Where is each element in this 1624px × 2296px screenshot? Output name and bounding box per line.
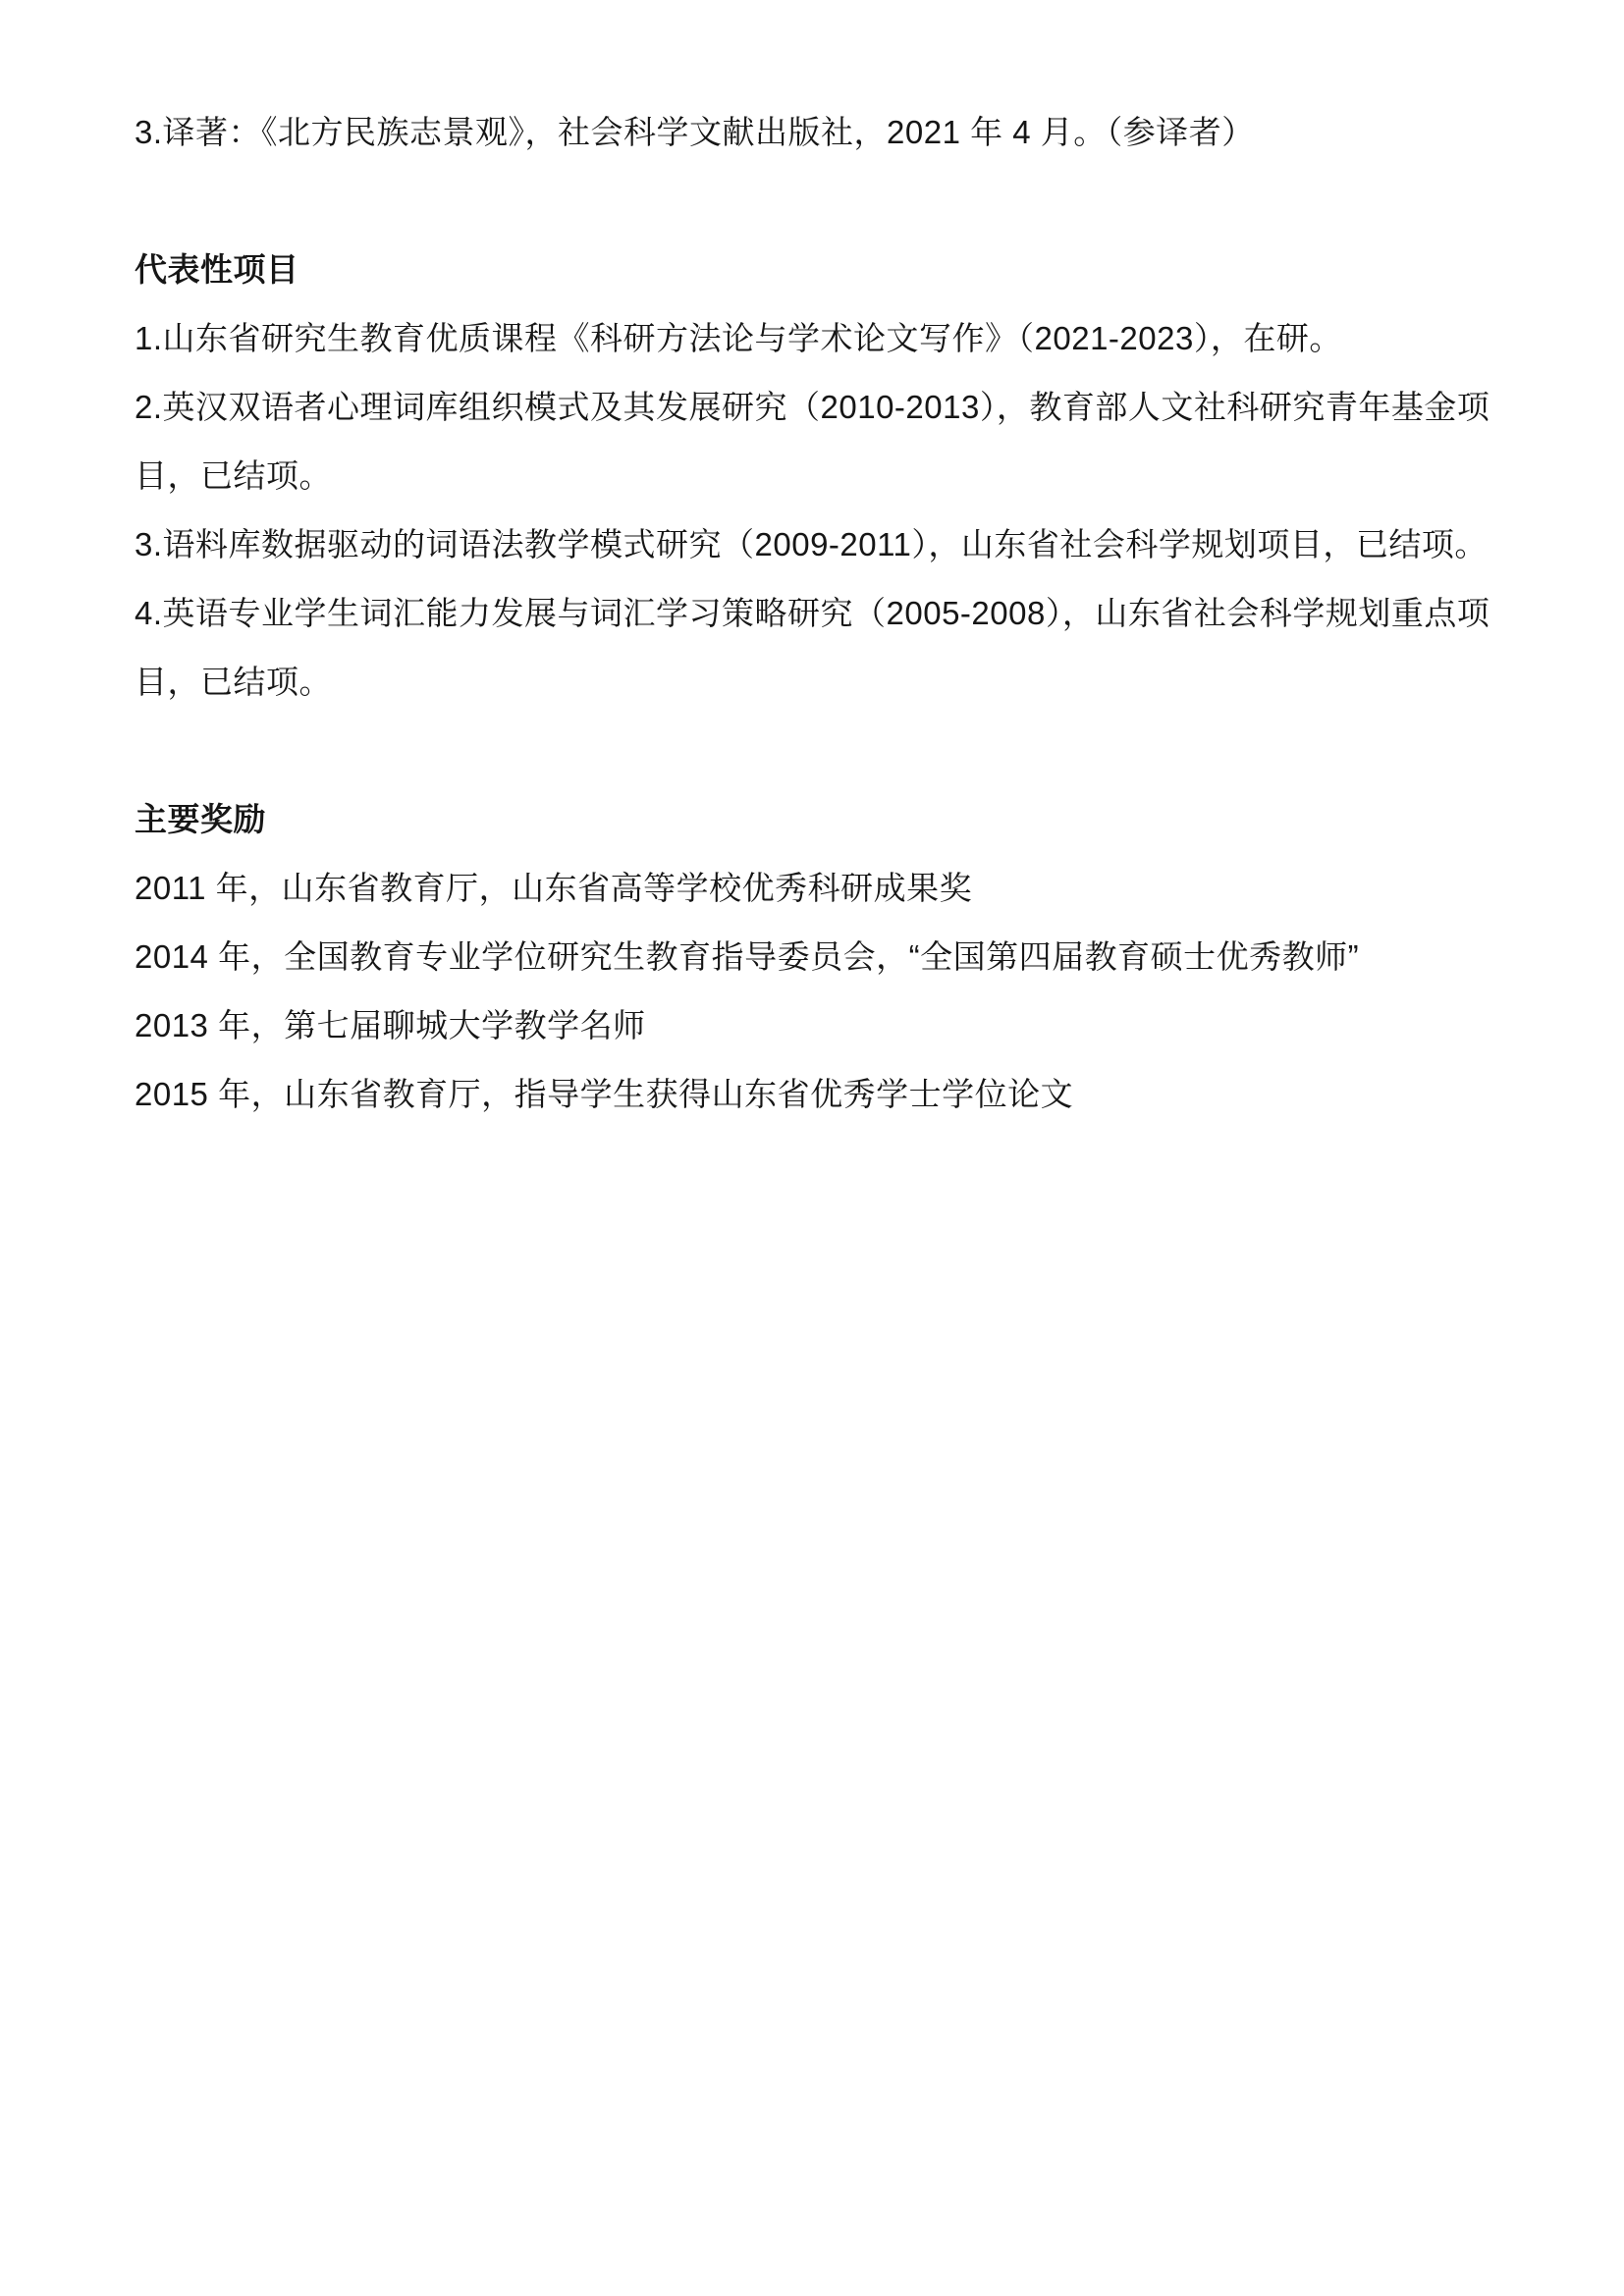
award-item-4: 2015 年，山东省教育厅，指导学生获得山东省优秀学士学位论文 [135,1060,1499,1129]
project-item-2: 2.英汉双语者心理词库组织模式及其发展研究（2010-2013），教育部人文社科… [135,373,1499,510]
project-item-1: 1.山东省研究生教育优质课程《科研方法论与学术论文写作》（2021-2023），… [135,304,1499,373]
award-item-3: 2013 年，第七届聊城大学教学名师 [135,991,1499,1060]
section-heading-representative-projects: 代表性项目 [135,236,1499,304]
project-item-3: 3.语料库数据驱动的词语法教学模式研究（2009-2011），山东省社会科学规划… [135,510,1499,579]
page-content: 3.译著：《北方民族志景观》，社会科学文献出版社，2021 年 4 月。（参译者… [135,98,1499,1129]
award-item-1: 2011 年，山东省教育厅，山东省高等学校优秀科研成果奖 [135,854,1499,923]
award-item-2: 2014 年，全国教育专业学位研究生教育指导委员会，“全国第四届教育硕士优秀教师… [135,923,1499,991]
document-page: 3.译著：《北方民族志景观》，社会科学文献出版社，2021 年 4 月。（参译者… [0,0,1624,2296]
paragraph-translation-item-3: 3.译著：《北方民族志景观》，社会科学文献出版社，2021 年 4 月。（参译者… [135,98,1499,167]
project-item-4: 4.英语专业学生词汇能力发展与词汇学习策略研究（2005-2008），山东省社会… [135,579,1499,717]
section-heading-major-awards: 主要奖励 [135,785,1499,854]
